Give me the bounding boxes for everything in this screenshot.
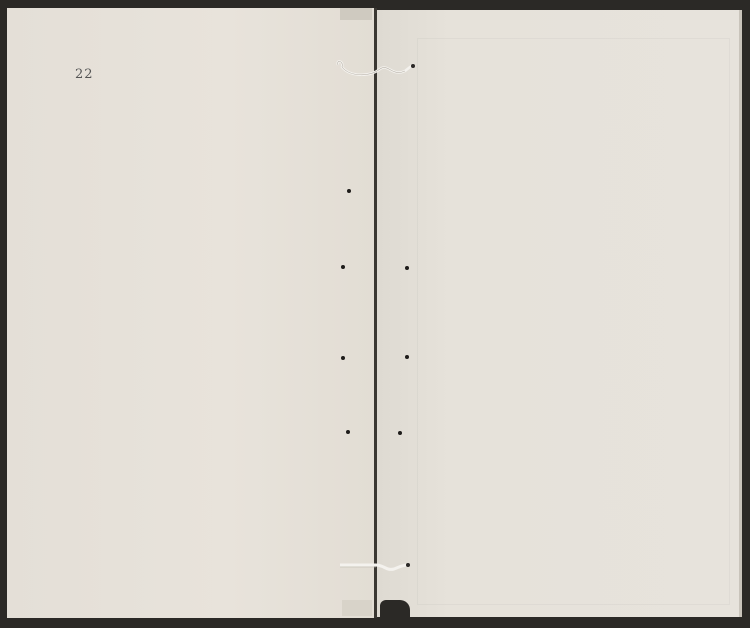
left-page: 22 [7,8,375,618]
binding-thread-bottom [336,557,416,577]
sewing-hole [341,265,345,269]
sewing-hole [398,431,402,435]
sewing-hole [341,356,345,360]
sewing-hole [405,266,409,270]
sewing-hole [347,189,351,193]
page-inner-frame [417,38,730,605]
sewing-hole [405,355,409,359]
binding-thread-top [330,55,420,85]
tape-bottom [342,600,372,616]
right-page [377,10,742,617]
torn-corner [380,600,410,618]
tape-top [340,8,372,20]
book-gutter [374,8,377,618]
sewing-hole [346,430,350,434]
page-number: 22 [75,67,94,82]
